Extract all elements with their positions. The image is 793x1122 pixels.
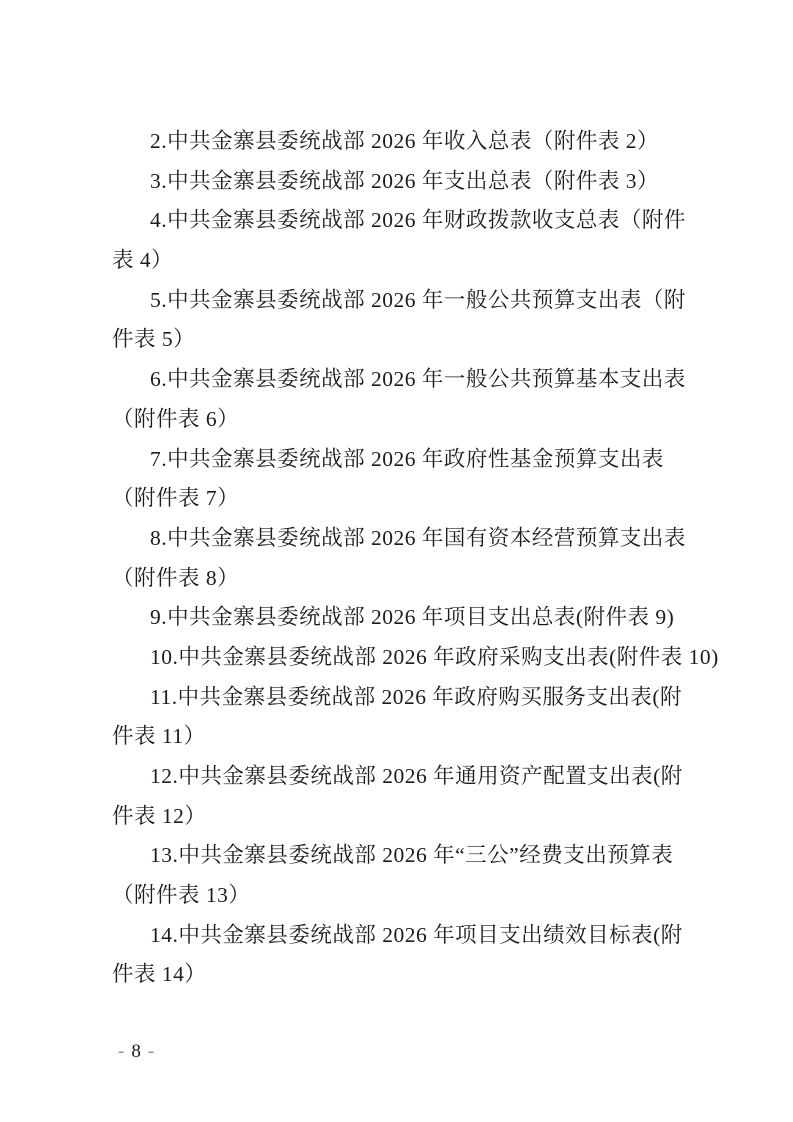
doc-line: 件表 14） — [112, 955, 692, 995]
doc-line: 9.中共金寨县委统战部 2026 年项目支出总表(附件表 9) — [112, 598, 692, 638]
doc-line: 7.中共金寨县委统战部 2026 年政府性基金预算支出表 — [112, 440, 692, 480]
page-footer: -8- — [112, 1039, 161, 1065]
doc-line: 5.中共金寨县委统战部 2026 年一般公共预算支出表（附 — [112, 281, 692, 321]
page-number: 8 — [131, 1041, 142, 1062]
footer-dash-right: - — [148, 1041, 155, 1062]
footer-dash-left: - — [118, 1041, 125, 1062]
doc-line: 4.中共金寨县委统战部 2026 年财政拨款收支总表（附件 — [112, 201, 692, 241]
document-page: 2.中共金寨县委统战部 2026 年收入总表（附件表 2） 3.中共金寨县委统战… — [0, 0, 793, 1122]
doc-line: （附件表 13） — [112, 876, 692, 916]
doc-line: 6.中共金寨县委统战部 2026 年一般公共预算基本支出表 — [112, 360, 692, 400]
attachment-list: 2.中共金寨县委统战部 2026 年收入总表（附件表 2） 3.中共金寨县委统战… — [112, 122, 692, 995]
doc-line: 件表 12） — [112, 797, 692, 837]
doc-line: （附件表 7） — [112, 479, 692, 519]
doc-line: 3.中共金寨县委统战部 2026 年支出总表（附件表 3） — [112, 162, 692, 202]
doc-line: 件表 5） — [112, 320, 692, 360]
doc-line: （附件表 8） — [112, 559, 692, 599]
doc-line: 2.中共金寨县委统战部 2026 年收入总表（附件表 2） — [112, 122, 692, 162]
doc-line: 11.中共金寨县委统战部 2026 年政府购买服务支出表(附 — [112, 678, 692, 718]
doc-line: 件表 11） — [112, 717, 692, 757]
doc-line: 13.中共金寨县委统战部 2026 年“三公”经费支出预算表 — [112, 836, 692, 876]
doc-line: 8.中共金寨县委统战部 2026 年国有资本经营预算支出表 — [112, 519, 692, 559]
doc-line: 10.中共金寨县委统战部 2026 年政府采购支出表(附件表 10) — [112, 638, 692, 678]
doc-line: 12.中共金寨县委统战部 2026 年通用资产配置支出表(附 — [112, 757, 692, 797]
doc-line: 14.中共金寨县委统战部 2026 年项目支出绩效目标表(附 — [112, 916, 692, 956]
doc-line: 表 4） — [112, 241, 692, 281]
doc-line: （附件表 6） — [112, 400, 692, 440]
